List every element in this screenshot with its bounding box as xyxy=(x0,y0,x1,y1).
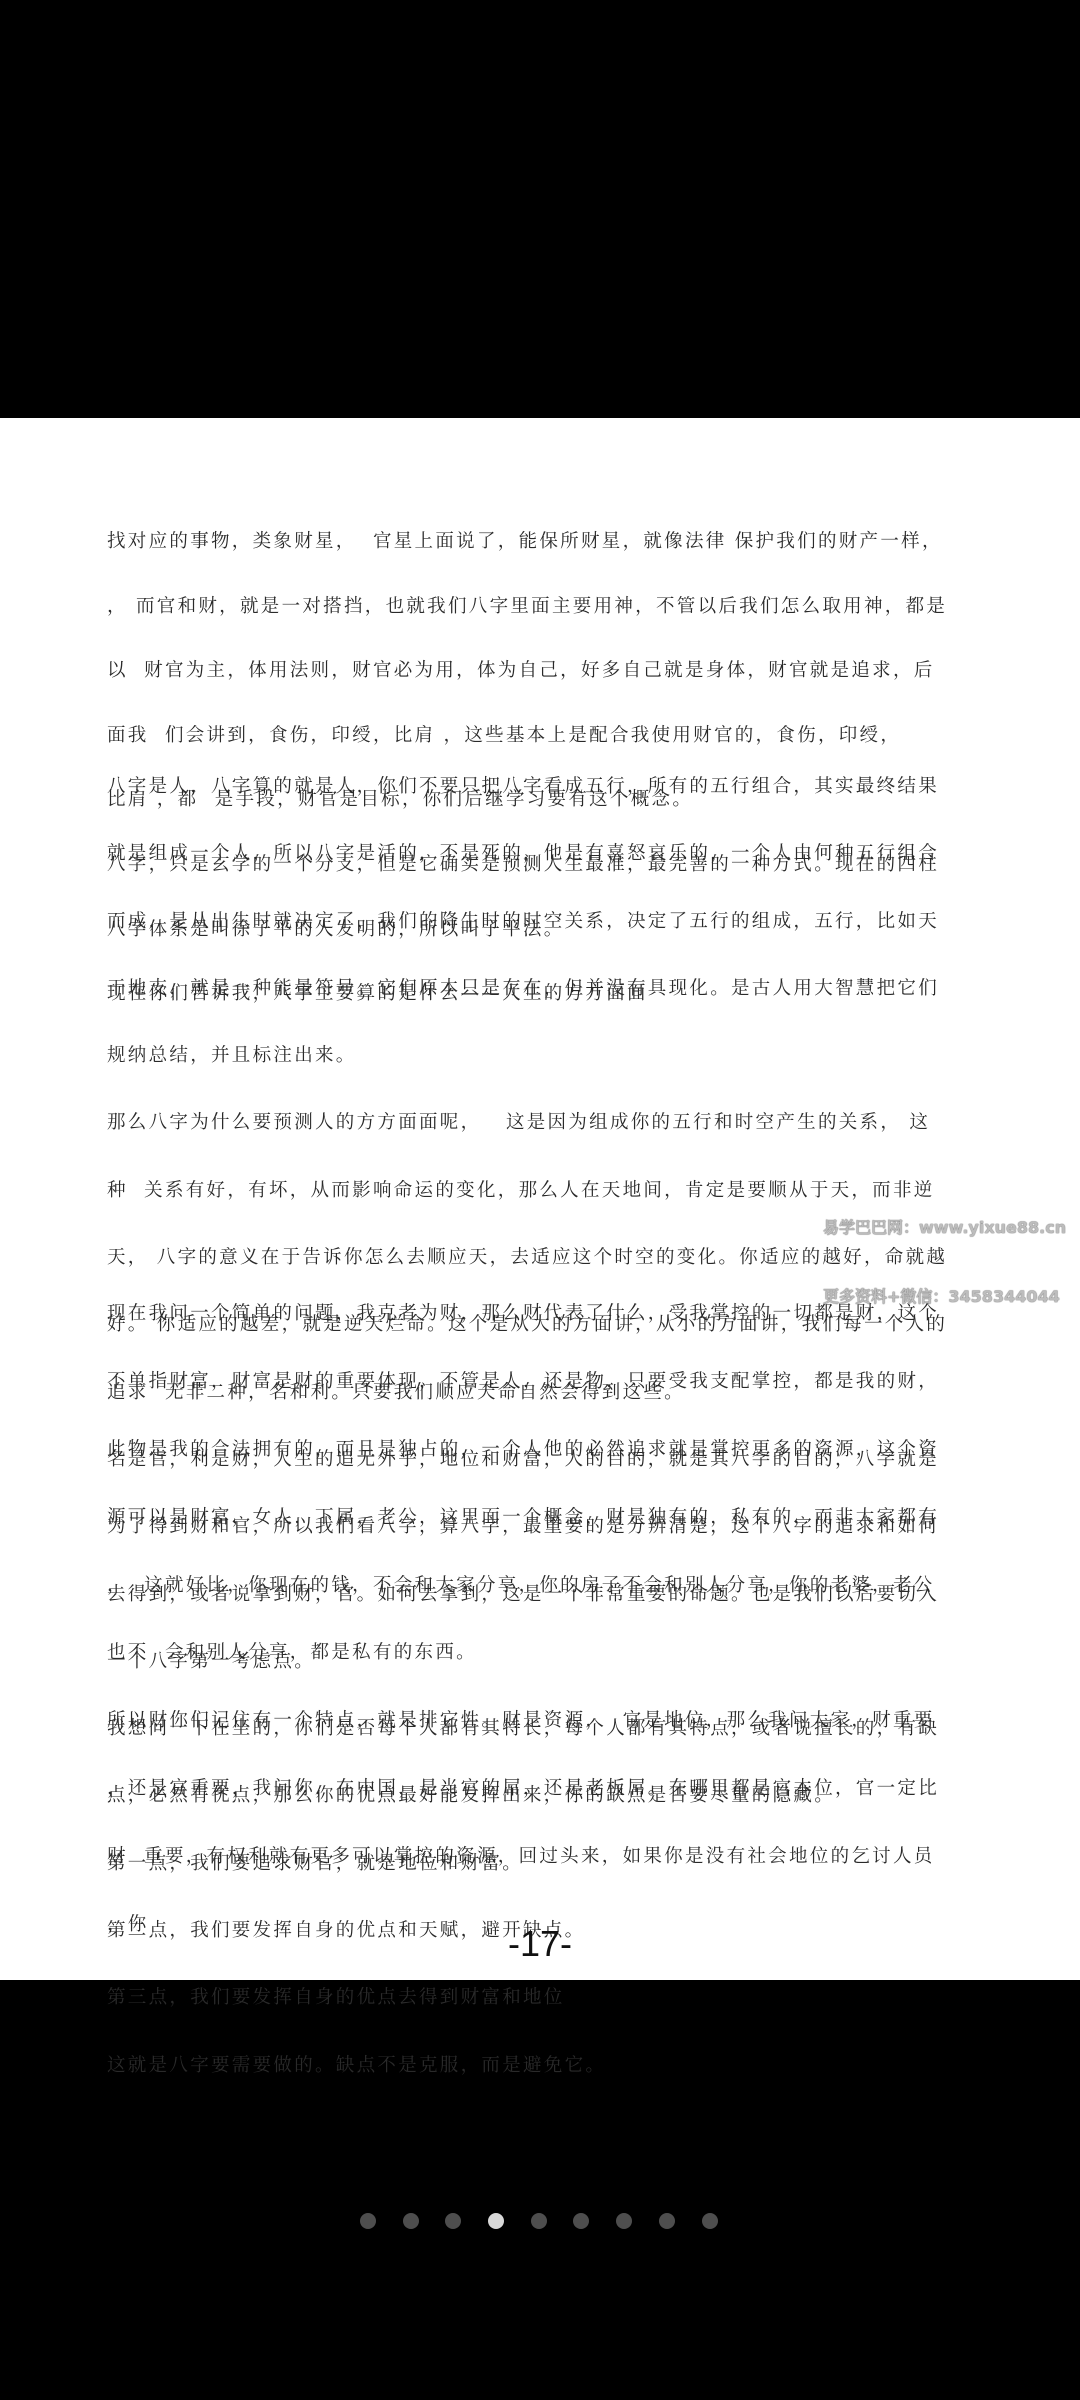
document-page[interactable]: 找对应的事物，类象财星， 官星上面说了，能保所财星，就像法律 保护我们的财产一样… xyxy=(0,418,1080,1980)
page-dot-2[interactable] xyxy=(403,2213,419,2229)
page-dot-8[interactable] xyxy=(659,2213,675,2229)
text-line: 现在我问一个简单的问题，我克者为财，那么财代表了什么，受我掌控的一切都是财，这个 xyxy=(107,1301,927,1327)
text-line: 财 重要，有权利就有更多可以掌控的资源，回过头来，如果你是没有社会地位的乞讨人员 xyxy=(107,1844,927,1870)
page-dot-3[interactable] xyxy=(445,2213,461,2229)
text-line: 而成，是从出生时就决定了，我们的降生时的时空关系，决定了五行的组成，五行，比如天 xyxy=(107,909,927,934)
text-line: 第三点，我们要发挥自身的优点去得到财富和地位 xyxy=(107,1985,927,2010)
text-line: 就是组成一个人，所以八字是活的，不是死的，他是有喜怒哀乐的，一个人由何种五行组合 xyxy=(107,841,927,866)
text-line: 规纳总结，并且标注出来。 xyxy=(107,1043,927,1068)
page-dot-9[interactable] xyxy=(702,2213,718,2229)
text-line: ， 而官和财，就是一对搭挡，也就我们八字里面主要用神，不管以后我们怎么取用神，都… xyxy=(107,596,927,619)
text-line: ， 这就好比，你现在的钱，不会和大家分享，你的房子不会和别人分享，你的老婆，老公 xyxy=(107,1573,927,1599)
page-dot-4-active[interactable] xyxy=(488,2213,504,2229)
text-line: 以 财官为主，体用法则，财官必为用，体为自己，好多自己就是身体，财官就是追求，后 xyxy=(107,660,927,683)
text-line: 干地支，就是一种能量符号。它们原本只是存在，但并没有具现化。是古人用大智慧把它们 xyxy=(107,976,927,1001)
watermark-website: 易学巴巴网：www.yixue88.cn xyxy=(823,1216,1066,1239)
page-dot-7[interactable] xyxy=(616,2213,632,2229)
text-line: 此物是我的合法拥有的，而且是独占的，一个人他的必然追求就是掌控更多的资源，这个资 xyxy=(107,1437,927,1463)
page-number: -17- xyxy=(0,1924,1080,1964)
text-line: 不单指财富，财富是财的重要体现，不管是人，还是物，只要受我支配掌控，都是我的财， xyxy=(107,1369,927,1395)
text-line: 源可以是财富，女人，下属，老公，这里面一个概念，财是独有的，私有的，而非大家都有 xyxy=(107,1505,927,1531)
page-dot-5[interactable] xyxy=(531,2213,547,2229)
text-line: 种 关系有好，有坏，从而影响命运的变化，那么人在天地间，肯定是要顺从于天，而非逆 xyxy=(107,1178,927,1203)
text-line: ，还是官重要，我问你，在中国，是当官的屌，还是老板屌。在哪里都是官本位，官一定比 xyxy=(107,1776,927,1802)
page-indicator[interactable] xyxy=(360,2213,718,2229)
text-line: 也不 会和别人分享，都是私有的东西。 xyxy=(107,1640,927,1666)
page-dot-1[interactable] xyxy=(360,2213,376,2229)
text-line: 所以财你们记住有一个特点，就是排它性。财是资源， 官是地位，那么我问大家，财重要 xyxy=(107,1708,927,1734)
watermark-contact: 更多资料+微信：3458344044 xyxy=(823,1285,1066,1308)
text-line: 那么八字为什么要预测人的方方面面呢， 这是因为组成你的五行和时空产生的关系， 这 xyxy=(107,1110,927,1135)
image-viewer[interactable]: 找对应的事物，类象财星， 官星上面说了，能保所财星，就像法律 保护我们的财产一样… xyxy=(0,0,1080,2400)
page-dot-6[interactable] xyxy=(573,2213,589,2229)
text-line: 八字是人，八字算的就是人，你们不要只把八字看成五行，所有的五行组合，其实最终结果 xyxy=(107,774,927,799)
text-line: 这就是八字要需要做的。缺点不是克服，而是避免它。 xyxy=(107,2053,927,2078)
watermark: 易学巴巴网：www.yixue88.cn 更多资料+微信：3458344044 xyxy=(823,1170,1066,1354)
paragraph-section-3: 现在我问一个简单的问题，我克者为财，那么财代表了什么，受我掌控的一切都是财，这个… xyxy=(107,1259,927,1980)
text-line: 找对应的事物，类象财星， 官星上面说了，能保所财星，就像法律 保护我们的财产一样… xyxy=(107,531,927,554)
